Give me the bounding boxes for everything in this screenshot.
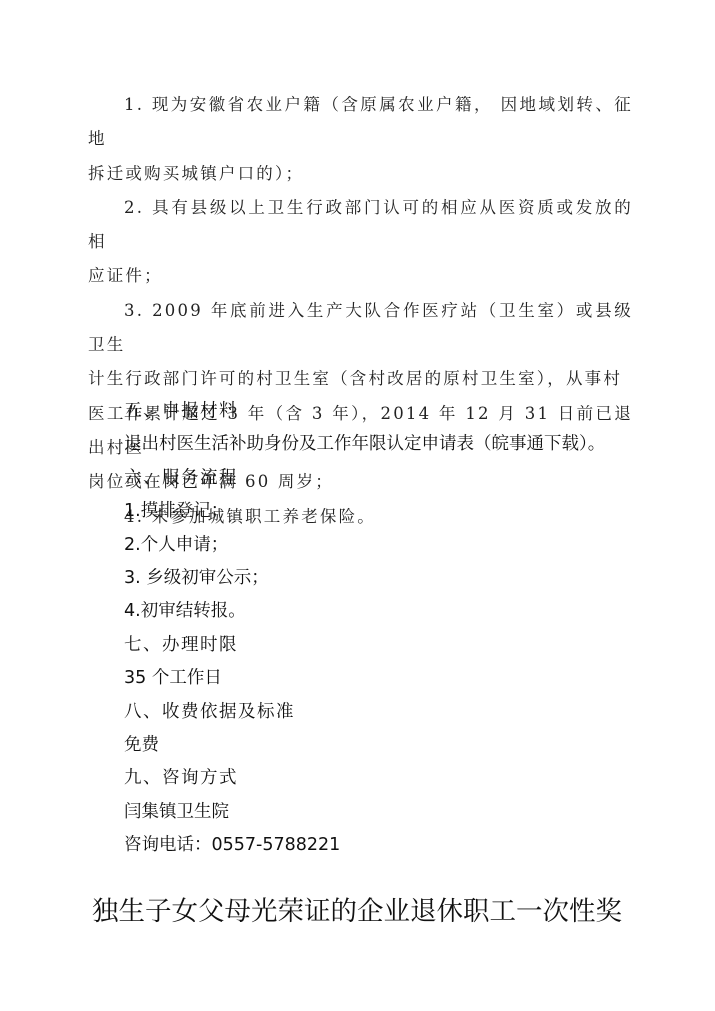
contact-phone: 咨询电话：0557-5788221: [124, 829, 684, 862]
section-heading-time-limit: 七、办理时限: [124, 629, 684, 662]
condition-3-line-2: 计生行政部门许可的村卫生室（含村改居的原村卫生室），从事村: [88, 362, 633, 396]
next-item-title: 独生子女父母光荣证的企业退休职工一次性奖: [92, 890, 652, 934]
section-heading-contact: 九、咨询方式: [124, 762, 684, 795]
condition-1-line-2: 拆迁或购买城镇户口的）；: [88, 157, 633, 191]
section-heading-materials: 五、申报材料: [124, 395, 684, 428]
fees-content: 免费: [124, 729, 684, 762]
condition-3-line-1: 3. 2009 年底前进入生产大队合作医疗站（卫生室）或县级卫生: [88, 294, 633, 363]
process-step-2: 2.个人申请；: [124, 529, 684, 562]
condition-2-line-1: 2. 具有县级以上卫生行政部门认可的相应从医资质或发放的相: [88, 191, 633, 260]
materials-content: 退出村医生活补助身份及工作年限认定申请表（皖事通下载）。: [124, 428, 684, 461]
time-limit-content: 35 个工作日: [124, 662, 684, 695]
section-heading-fees: 八、收费依据及标准: [124, 696, 684, 729]
service-info: 五、申报材料 退出村医生活补助身份及工作年限认定申请表（皖事通下载）。 六、服务…: [124, 395, 684, 862]
document-page: 1. 现为安徽省农业户籍（含原属农业户籍， 因地域划转、征地 拆迁或购买城镇户口…: [0, 0, 715, 1011]
contact-org: 闫集镇卫生院: [124, 796, 684, 829]
process-step-4: 4.初审结转报。: [124, 595, 684, 628]
process-step-1: 1.摸排登记；: [124, 495, 684, 528]
process-step-3: 3. 乡级初审公示；: [124, 562, 684, 595]
condition-1-line-1: 1. 现为安徽省农业户籍（含原属农业户籍， 因地域划转、征地: [88, 88, 633, 157]
section-heading-process: 六、服务流程: [124, 462, 684, 495]
condition-2-line-2: 应证件；: [88, 259, 633, 293]
